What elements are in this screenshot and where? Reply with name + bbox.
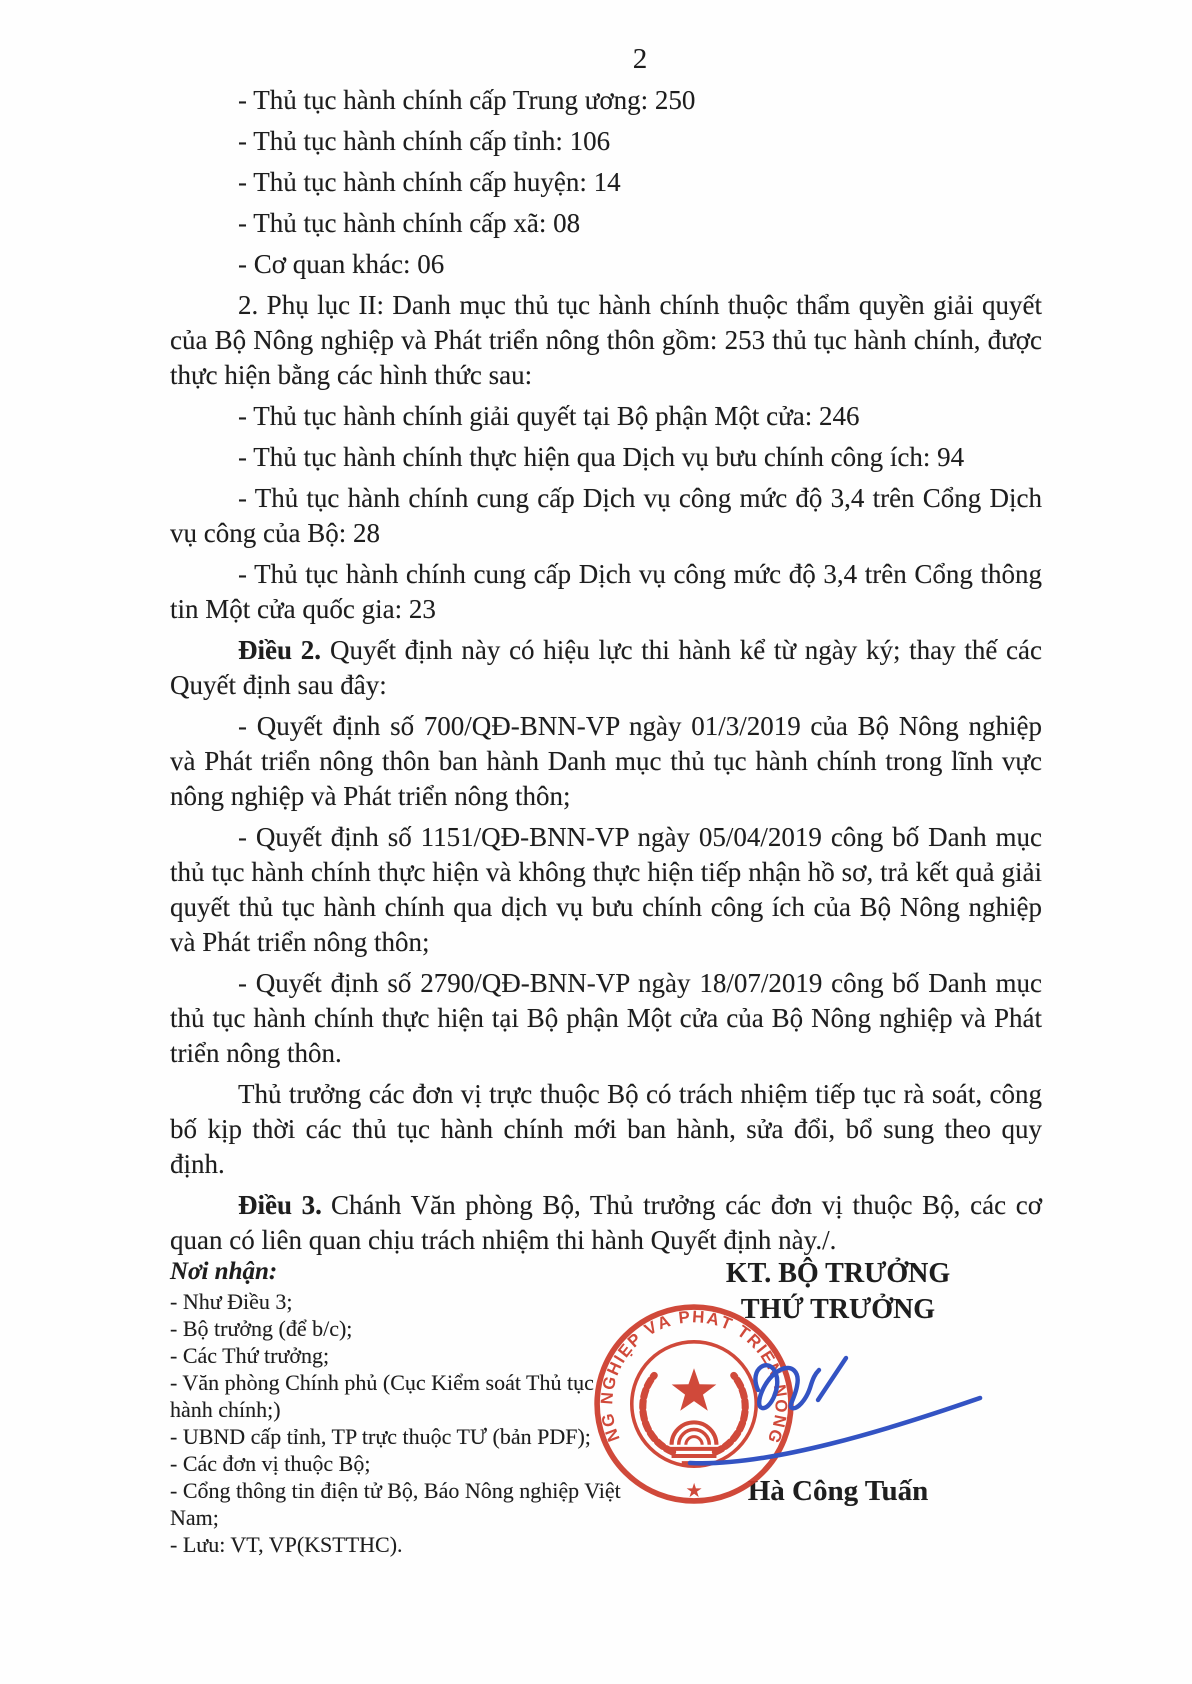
- handwritten-signature: [678, 1348, 1000, 1476]
- list-item-congdichvu-28: - Thủ tục hành chính cung cấp Dịch vụ cô…: [170, 481, 1042, 551]
- page-number: 2: [170, 42, 1042, 77]
- document-body: 2 - Thủ tục hành chính cấp Trung ương: 2…: [170, 42, 1042, 1264]
- paragraph-phu-luc-2: 2. Phụ lục II: Danh mục thủ tục hành chí…: [170, 288, 1042, 393]
- recipient-item: - Bộ trưởng (để b/c);: [170, 1315, 628, 1342]
- paragraph-qd-700: - Quyết định số 700/QĐ-BNN-VP ngày 01/3/…: [170, 709, 1042, 814]
- recipient-item: - Cổng thông tin điện tử Bộ, Báo Nông ng…: [170, 1477, 628, 1531]
- recipients-label: Nơi nhận:: [170, 1258, 628, 1285]
- paragraph-qd-2790: - Quyết định số 2790/QĐ-BNN-VP ngày 18/0…: [170, 966, 1042, 1071]
- recipient-item: - Các đơn vị thuộc Bộ;: [170, 1450, 628, 1477]
- list-item-captinh: - Thủ tục hành chính cấp tỉnh: 106: [170, 124, 1042, 159]
- list-item-motcua-246: - Thủ tục hành chính giải quyết tại Bộ p…: [170, 399, 1042, 434]
- paragraph-qd-1151: - Quyết định số 1151/QĐ-BNN-VP ngày 05/0…: [170, 820, 1042, 960]
- list-item-captrunguong: - Thủ tục hành chính cấp Trung ương: 250: [170, 83, 1042, 118]
- dieu-3-label: Điều 3.: [238, 1190, 322, 1220]
- dieu-2-label: Điều 2.: [238, 635, 321, 665]
- paragraph-dieu-2: Điều 2.Quyết định này có hiệu lực thi hà…: [170, 633, 1042, 703]
- paragraph-ra-soat: Thủ trưởng các đơn vị trực thuộc Bộ có t…: [170, 1077, 1042, 1182]
- document-page: 2 - Thủ tục hành chính cấp Trung ương: 2…: [0, 0, 1192, 1684]
- list-item-buuchinh-94: - Thủ tục hành chính thực hiện qua Dịch …: [170, 440, 1042, 475]
- recipient-item: - Như Điều 3;: [170, 1288, 628, 1315]
- list-item-capxa: - Thủ tục hành chính cấp xã: 08: [170, 206, 1042, 241]
- recipient-item: - Các Thứ trưởng;: [170, 1342, 628, 1369]
- list-item-congthongtin-23: - Thủ tục hành chính cung cấp Dịch vụ cô…: [170, 557, 1042, 627]
- recipients-block: Nơi nhận: - Như Điều 3; - Bộ trưởng (để …: [170, 1258, 628, 1558]
- paragraph-dieu-3: Điều 3.Chánh Văn phòng Bộ, Thủ trưởng cá…: [170, 1188, 1042, 1258]
- recipient-item: - UBND cấp tỉnh, TP trực thuộc TƯ (bản P…: [170, 1423, 628, 1450]
- recipient-item: - Văn phòng Chính phủ (Cục Kiểm soát Thủ…: [170, 1369, 628, 1423]
- list-item-caphuyen: - Thủ tục hành chính cấp huyện: 14: [170, 165, 1042, 200]
- recipient-item: - Lưu: VT, VP(KSTTHC).: [170, 1531, 628, 1558]
- seal-bottom-star: ★: [685, 1481, 702, 1502]
- list-item-coquankhac: - Cơ quan khác: 06: [170, 247, 1042, 282]
- signer-title-kt-bo-truong: KT. BỘ TRƯỞNG: [638, 1256, 1038, 1292]
